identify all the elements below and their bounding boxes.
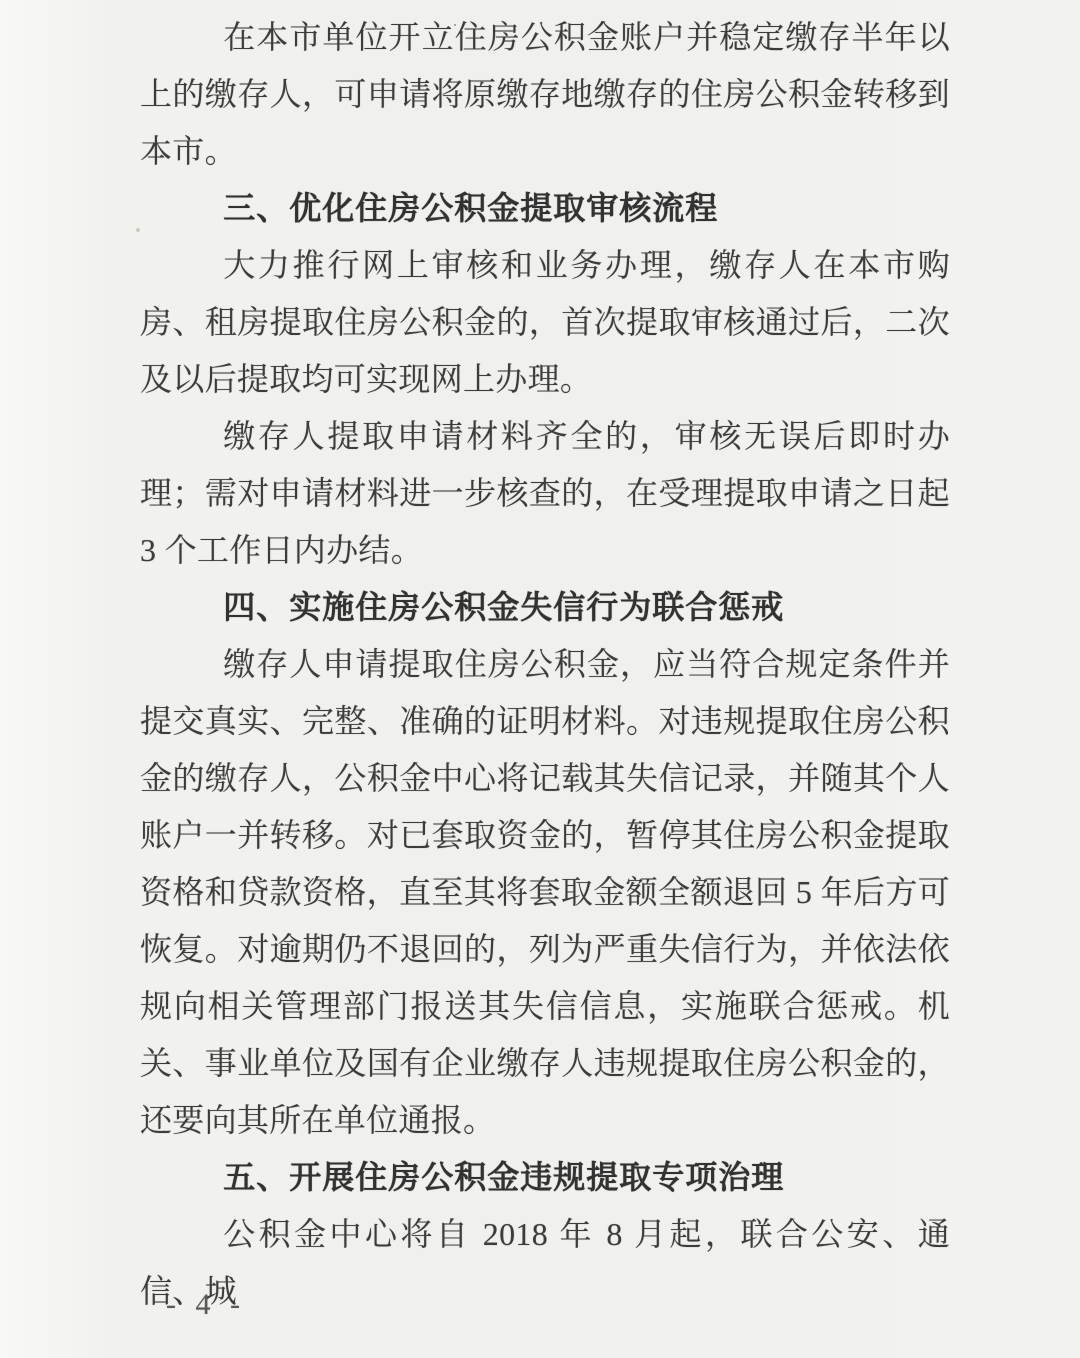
heading-section-5: 五、开展住房公积金违规提取专项治理 — [140, 1149, 950, 1206]
heading-section-3: 三、优化住房公积金提取审核流程 — [140, 180, 950, 237]
document-page: · 在本市单位开立住房公积金账户并稳定缴存半年以上的缴存人，可申请将原缴存地缴存… — [0, 0, 1080, 1358]
heading-section-4: 四、实施住房公积金失信行为联合惩戒 — [140, 579, 950, 636]
document-body-text: 在本市单位开立住房公积金账户并稳定缴存半年以上的缴存人，可申请将原缴存地缴存的住… — [140, 9, 950, 1320]
page-number: - 4 - — [166, 1288, 246, 1322]
paragraph-dishonesty-punishment: 缴存人申请提取住房公积金，应当符合规定条件并提交真实、完整、准确的证明材料。对违… — [140, 636, 950, 1149]
paragraph-online-review: 大力推行网上审核和业务办理，缴存人在本市购房、租房提取住房公积金的，首次提取审核… — [140, 237, 950, 408]
paragraph-transfer-in: 在本市单位开立住房公积金账户并稳定缴存半年以上的缴存人，可申请将原缴存地缴存的住… — [140, 9, 950, 180]
paragraph-processing-time: 缴存人提取申请材料齐全的，审核无误后即时办理；需对申请材料进一步核查的，在受理提… — [140, 408, 950, 579]
paragraph-special-campaign: 公积金中心将自 2018 年 8 月起，联合公安、通信、城 — [140, 1206, 950, 1320]
